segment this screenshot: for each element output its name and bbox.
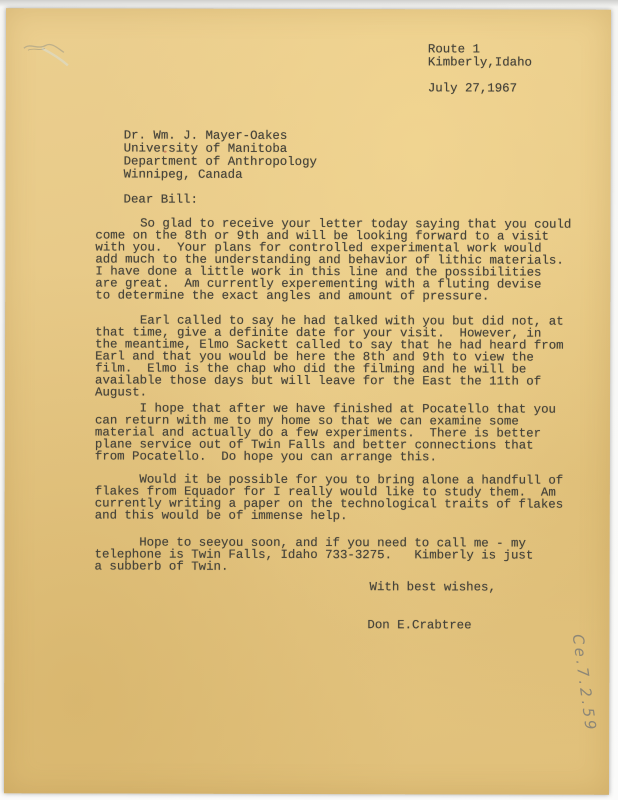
- text-line: Winnipeg, Canada: [124, 169, 317, 183]
- letter-paper: Route 1Kimberly,Idaho July 27,1967 Dr. W…: [4, 8, 611, 795]
- salutation: Dear Bill:: [124, 194, 198, 206]
- staple-crease-mark: [18, 32, 88, 72]
- letter-date: July 27,1967: [428, 82, 517, 94]
- scanned-letter-view: Route 1Kimberly,Idaho July 27,1967 Dr. W…: [0, 0, 618, 800]
- paragraph-1: So glad to receive your letter today say…: [95, 217, 571, 302]
- paragraph-3: I hope that after we have finished at Po…: [95, 402, 556, 463]
- recipient-address-block: Dr. Wm. J. Mayer-OakesUniversity of Mani…: [124, 130, 317, 183]
- text-line: available those days but will leave for …: [95, 374, 563, 387]
- paragraph-2: Earl called to say he had talked with yo…: [95, 314, 564, 399]
- sender-address-block: Route 1Kimberly,Idaho: [428, 43, 532, 69]
- text-line: Kimberly,Idaho: [428, 56, 532, 69]
- closing-line: With best wishes,: [369, 581, 495, 593]
- paragraph-4: Would it be possible for you to bring al…: [95, 473, 564, 522]
- paragraph-5: Hope to seeyou soon, and if you need to …: [95, 536, 534, 573]
- archival-mark-handwritten: Ce.7.2.59: [567, 633, 606, 774]
- signature-name: Don E.Crabtree: [367, 619, 471, 631]
